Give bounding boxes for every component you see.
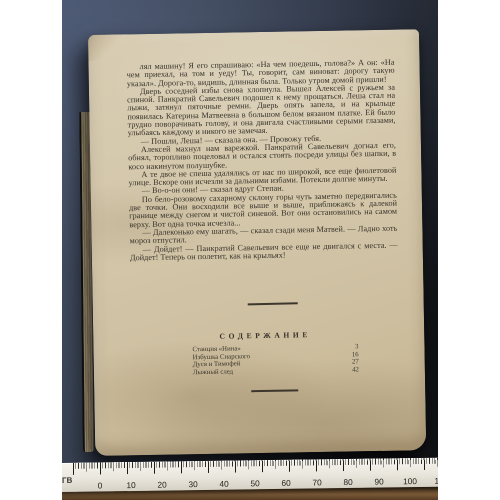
ruler-number: 0 xyxy=(87,480,114,490)
ruler-number: 40 xyxy=(210,479,237,489)
contents-item-title: Лыжный след xyxy=(193,369,233,377)
page-text: лял машину! Я его спрашиваю: «На чем пое… xyxy=(127,59,399,300)
paragraph: — Дойдет! — Панкратий Савельевич все еще… xyxy=(130,241,398,262)
ruler-number: 70 xyxy=(303,477,330,487)
ruler-number: 60 xyxy=(272,478,299,488)
divider-rule-top xyxy=(248,302,298,305)
ruler-number: 110 xyxy=(427,475,438,485)
photo: лял машину! Я его спрашиваю: «На чем пое… xyxy=(62,0,438,500)
ruler-brand-mark: ГВ xyxy=(62,476,72,485)
contents-item: Лыжный след 42 xyxy=(193,366,359,377)
white-margin-left xyxy=(0,0,62,500)
contents-item-page-number: 27 xyxy=(352,359,359,367)
ruler-number: 100 xyxy=(396,476,423,486)
auction-photo-scene: лял машину! Я его спрашиваю: «На чем пое… xyxy=(0,0,500,500)
ruler: ГВ 0 10 20 30 40 50 60 70 xyxy=(62,458,438,492)
contents-list: Станция «Нина» 3 Избушка Снарского 16 Ду… xyxy=(192,343,359,377)
contents-item-page-number: 42 xyxy=(352,366,359,374)
ruler-number: 30 xyxy=(179,479,206,489)
ruler-number: 20 xyxy=(148,479,175,489)
divider-rule-bottom xyxy=(251,389,298,391)
contents-heading: СОДЕРЖАНИЕ xyxy=(131,329,399,343)
contents-item-page-number: 3 xyxy=(355,343,359,351)
contents-item-page-number: 16 xyxy=(352,351,359,359)
ruler-number: 80 xyxy=(334,477,361,487)
ruler-number: 10 xyxy=(118,480,145,490)
book-page: лял машину! Я его спрашиваю: «На чем пое… xyxy=(88,29,426,456)
ruler-number: 50 xyxy=(241,478,268,488)
ruler-number: 90 xyxy=(365,476,392,486)
paragraph: Дверь соседней избы снова хлопнула. Выше… xyxy=(127,84,396,138)
white-margin-right xyxy=(438,0,500,500)
